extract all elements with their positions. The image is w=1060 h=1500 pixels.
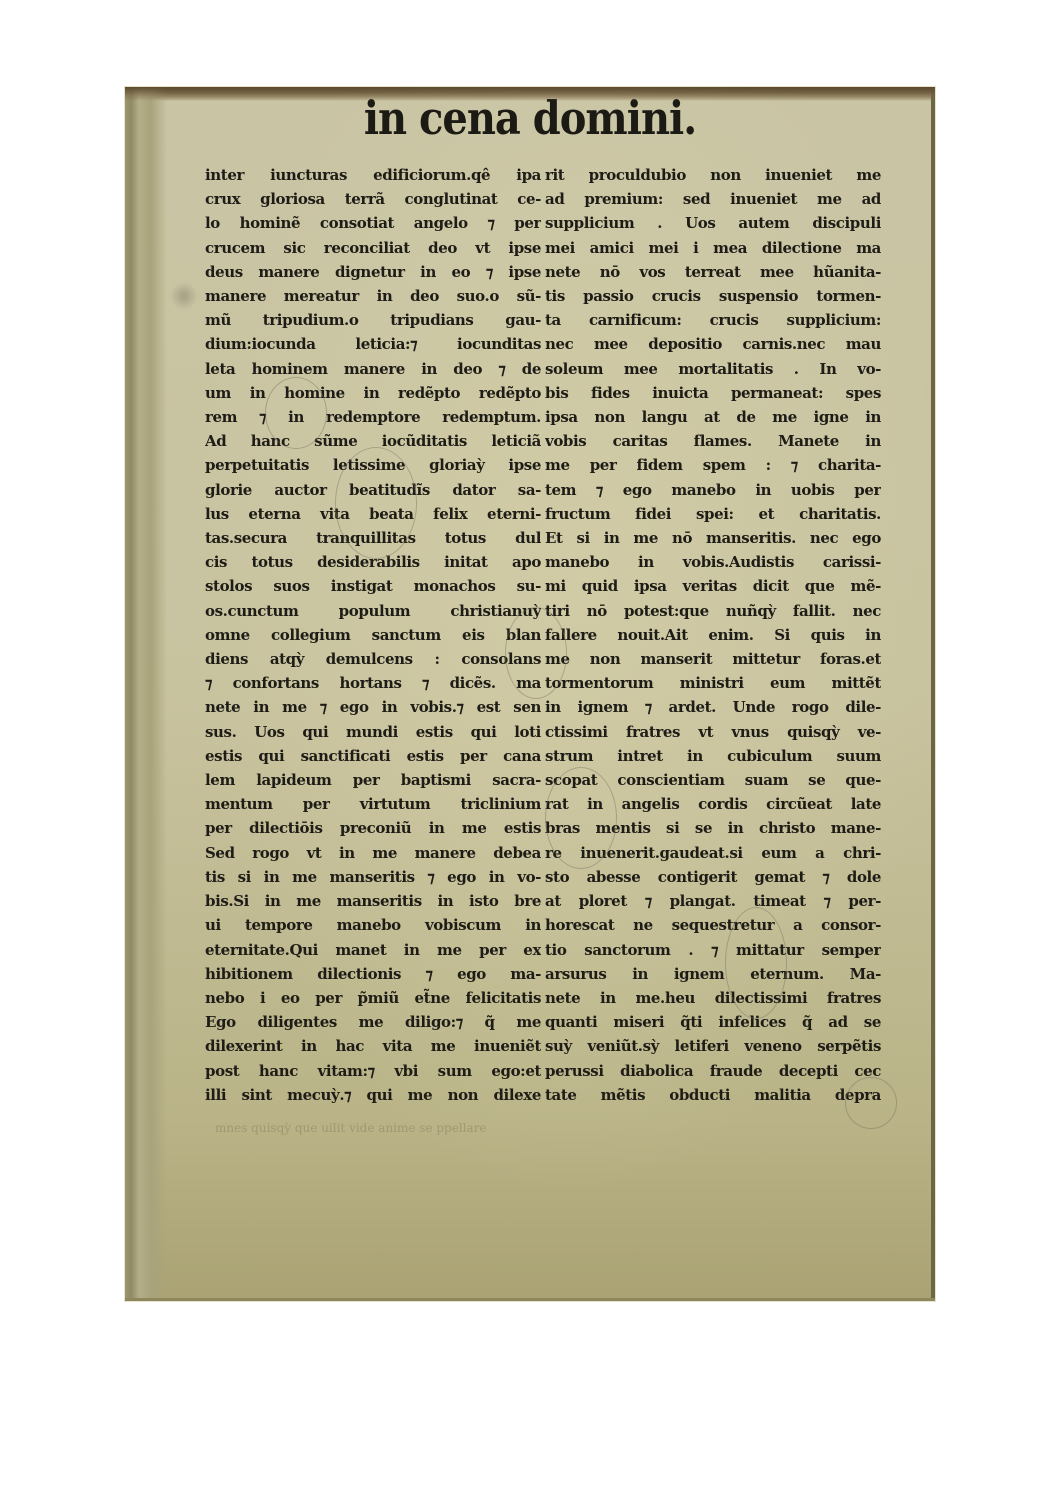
text-line: rit proculdubio non inueniet me bbox=[545, 163, 881, 187]
text-line: tate mẽtis obducti malitia depra bbox=[545, 1083, 881, 1107]
text-line: sto abesse contigerit gemat ⁊ dole bbox=[545, 865, 881, 889]
text-line: perussi diabolica fraude decepti cec bbox=[545, 1059, 881, 1083]
text-line: mũ tripudium.o tripudians gau- bbox=[205, 308, 541, 332]
text-line: in ignem ⁊ ardet. Unde rogo dile- bbox=[545, 695, 881, 719]
text-line: nec mee depositio carnis.nec mau bbox=[545, 332, 881, 356]
text-line: ipsa non langu at de me igne in bbox=[545, 405, 881, 429]
page-bottom-edge bbox=[125, 1298, 935, 1301]
text-line: tis si in me manseritis ⁊ ego in vo- bbox=[205, 865, 541, 889]
text-line: inter iuncturas edificiorum.qê ipa bbox=[205, 163, 541, 187]
text-line: mentum per virtutum triclinium bbox=[205, 792, 541, 816]
page-right-edge bbox=[931, 87, 935, 1301]
text-line: fallere nouit.Ait enim. Si quis in bbox=[545, 623, 881, 647]
text-line: ⁊ confortans hortans ⁊ dicẽs. ma bbox=[205, 671, 541, 695]
text-line: leta hominem manere in deo ⁊ de bbox=[205, 357, 541, 381]
text-line: crux gloriosa terrã conglutinat ce- bbox=[205, 187, 541, 211]
text-line: mi quid ipsa veritas dicit que mẽ- bbox=[545, 574, 881, 598]
text-line: per dilectiōis preconiũ in me estis bbox=[205, 816, 541, 840]
text-line: tiri nō potest:que nuñqỳ fallit. nec bbox=[545, 599, 881, 623]
show-through-text: mnes quisqỳ que uilit vide anime se ppel… bbox=[215, 1121, 865, 1135]
text-line: me non manserit mittetur foras.et bbox=[545, 647, 881, 671]
text-line: manere mereatur in deo suo.o sũ- bbox=[205, 284, 541, 308]
text-line: nete in me.heu dilectissimi fratres bbox=[545, 986, 881, 1010]
text-line: Et si in me nō manseritis. nec ego bbox=[545, 526, 881, 550]
text-line: post hanc vitam:⁊ vbi sum ego:et bbox=[205, 1059, 541, 1083]
text-line: bis.Si in me manseritis in isto bre bbox=[205, 889, 541, 913]
text-line: strum intret in cubiculum suum bbox=[545, 744, 881, 768]
text-line: scopat conscientiam suam se que- bbox=[545, 768, 881, 792]
text-line: manebo in vobis.Audistis carissi- bbox=[545, 550, 881, 574]
text-line: illi sint mecuỳ.⁊ qui me non dilexe bbox=[205, 1083, 541, 1107]
text-line: tio sanctorum . ⁊ mittatur semper bbox=[545, 938, 881, 962]
text-line: tormentorum ministri eum mittẽt bbox=[545, 671, 881, 695]
text-line: os.cunctum populum christianuỳ bbox=[205, 599, 541, 623]
text-line: um in homine in redẽpto redẽpto bbox=[205, 381, 541, 405]
text-line: perpetuitatis letissime gloriaỳ ipse bbox=[205, 453, 541, 477]
text-line: Sed rogo vt in me manere debea bbox=[205, 841, 541, 865]
text-line: sus. Uos qui mundi estis qui loti bbox=[205, 720, 541, 744]
text-line: Ad hanc sũme iocũditatis leticiã bbox=[205, 429, 541, 453]
text-line: bis fides inuicta permaneat: spes bbox=[545, 381, 881, 405]
text-line: at ploret ⁊ plangat. timeat ⁊ per- bbox=[545, 889, 881, 913]
text-line: deus manere dignetur in eo ⁊ ipse bbox=[205, 260, 541, 284]
text-line: stolos suos instigat monachos su- bbox=[205, 574, 541, 598]
text-line: supplicium . Uos autem discipuli bbox=[545, 211, 881, 235]
text-line: arsurus in ignem eternum. Ma- bbox=[545, 962, 881, 986]
running-head: in cena domini. bbox=[125, 91, 935, 145]
text-line: ta carnificum: crucis supplicium: bbox=[545, 308, 881, 332]
text-line: mei amici mei i mea dilectione ma bbox=[545, 236, 881, 260]
text-line: crucem sic reconciliat deo vt ipse bbox=[205, 236, 541, 260]
text-line: ctissimi fratres vt vnus quisqỳ ve- bbox=[545, 720, 881, 744]
text-line: quanti miseri q̃ti infelices q̃ ad se bbox=[545, 1010, 881, 1034]
text-line: omne collegium sanctum eis blan bbox=[205, 623, 541, 647]
text-line: rem ⁊ in redemptore redemptum. bbox=[205, 405, 541, 429]
text-line: nete in me ⁊ ego in vobis.⁊ est sen bbox=[205, 695, 541, 719]
text-line: nebo i eo per p̃miũ et̃ne felicitatis bbox=[205, 986, 541, 1010]
text-line: dium:iocunda leticia:⁊ iocunditas bbox=[205, 332, 541, 356]
text-line: lo hominẽ consotiat angelo ⁊ per bbox=[205, 211, 541, 235]
text-line: ad premium: sed inueniet me ad bbox=[545, 187, 881, 211]
text-line: Ego diligentes me diligo:⁊ q̃ me bbox=[205, 1010, 541, 1034]
text-line: vobis caritas flames. Manete in bbox=[545, 429, 881, 453]
text-line: glorie auctor beatitudĩs dator sa- bbox=[205, 478, 541, 502]
text-line: eternitate.Qui manet in me per ex bbox=[205, 938, 541, 962]
text-line: tas.secura tranquillitas totus dul bbox=[205, 526, 541, 550]
paper-stain bbox=[169, 283, 199, 309]
text-line: lus eterna vita beata felix eterni- bbox=[205, 502, 541, 526]
right-column: rit proculdubio non inueniet mead premiu… bbox=[545, 163, 885, 1107]
text-line: fructum fidei spei: et charitatis. bbox=[545, 502, 881, 526]
text-line: bras mentis si se in christo mane- bbox=[545, 816, 881, 840]
page-scan: in cena domini. inter iuncturas edificio… bbox=[125, 87, 935, 1301]
text-line: lem lapideum per baptismi sacra- bbox=[205, 768, 541, 792]
text-line: ui tempore manebo vobiscum in bbox=[205, 913, 541, 937]
text-line: re inuenerit.gaudeat.si eum a chri- bbox=[545, 841, 881, 865]
text-line: cis totus desiderabilis initat apo bbox=[205, 550, 541, 574]
text-line: horescat ne sequestretur a consor- bbox=[545, 913, 881, 937]
text-line: tem ⁊ ego manebo in uobis per bbox=[545, 478, 881, 502]
text-line: tis passio crucis suspensio tormen- bbox=[545, 284, 881, 308]
text-line: suỳ veniũt.sỳ letiferi veneno serpẽtis bbox=[545, 1034, 881, 1058]
left-column: inter iuncturas edificiorum.qê ipacrux g… bbox=[205, 163, 545, 1107]
text-line: rat in angelis cordis circũeat late bbox=[545, 792, 881, 816]
text-line: hibitionem dilectionis ⁊ ego ma- bbox=[205, 962, 541, 986]
text-line: me per fidem spem : ⁊ charita- bbox=[545, 453, 881, 477]
text-line: dilexerint in hac vita me inueniẽt bbox=[205, 1034, 541, 1058]
text-line: nete nō vos terreat mee hũanita- bbox=[545, 260, 881, 284]
text-line: estis qui sanctificati estis per cana bbox=[205, 744, 541, 768]
text-line: soleum mee mortalitatis . In vo- bbox=[545, 357, 881, 381]
text-line: diens atqỳ demulcens : consolans bbox=[205, 647, 541, 671]
